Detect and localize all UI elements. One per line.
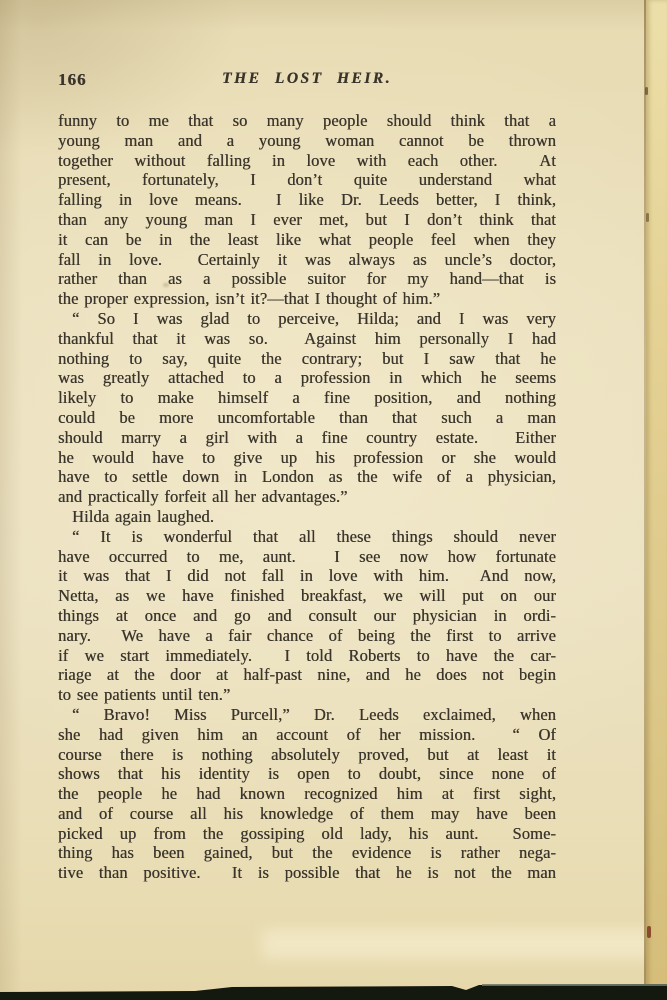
text-line: the people he had known recognized him a… [58, 784, 556, 804]
text-line: it can be in the least like what people … [58, 230, 556, 250]
text-line: to see patients until ten.” [58, 685, 556, 705]
text-line: shows that his identity is open to doubt… [58, 764, 556, 784]
text-line: was greatly attached to a profession in … [58, 368, 556, 388]
paper-light-streak [262, 929, 667, 959]
paper-speck [645, 87, 648, 95]
text-line: she had given him an account of her miss… [58, 725, 556, 745]
text-line: thankful that it was so. Against him per… [58, 329, 556, 349]
text-line: present, fortunately, I don’t quite unde… [58, 170, 556, 190]
paper-speck [647, 926, 651, 938]
text-line: he would have to give up his profession … [58, 448, 556, 468]
running-title: THE LOST HEIR. [58, 70, 556, 88]
text-line: “ Bravo! Miss Purcell,” Dr. Leeds exclai… [58, 705, 556, 725]
text-line: should marry a girl with a fine country … [58, 428, 556, 448]
text-line: if we start immediately. I told Roberts … [58, 646, 556, 666]
text-line: nothing to say, quite the contrary; but … [58, 349, 556, 369]
text-line: thing has been gained, but the evidence … [58, 843, 556, 863]
text-line: and of course all his knowledge of them … [58, 804, 556, 824]
text-line: things at once and go and consult our ph… [58, 606, 556, 626]
text-line: nary. We have a fair chance of being the… [58, 626, 556, 646]
page-edge-strip [646, 0, 667, 1000]
text-line: young man and a young woman cannot be th… [58, 131, 556, 151]
text-line: could be more uncomfortable than that su… [58, 408, 556, 428]
page-header: 166 THE LOST HEIR. [58, 70, 556, 92]
text-line: falling in love means. I like Dr. Leeds … [58, 190, 556, 210]
text-line: together without falling in love with ea… [58, 151, 556, 171]
text-line: likely to make himself a fine position, … [58, 388, 556, 408]
text-line: have to settle down in London as the wif… [58, 467, 556, 487]
text-line: Hilda again laughed. [58, 507, 556, 527]
book-cover-edge-highlight [482, 984, 667, 986]
text-line: Netta, as we have finished breakfast, we… [58, 586, 556, 606]
text-line: funny to me that so many people should t… [58, 111, 556, 131]
page-text: funny to me that so many people should t… [58, 111, 556, 883]
text-line: than any young man I ever met, but I don… [58, 210, 556, 230]
text-line: rather than as a possible suitor for my … [58, 269, 556, 289]
text-line: “ It is wonderful that all these things … [58, 527, 556, 547]
text-line: course there is nothing absolutely prove… [58, 745, 556, 765]
text-line: the proper expression, isn’t it?—that I … [58, 289, 556, 309]
paper-speck [646, 213, 649, 222]
text-line: picked up from the gossiping old lady, h… [58, 824, 556, 844]
text-line: tive than positive. It is possible that … [58, 863, 556, 883]
text-line: “ So I was glad to perceive, Hilda; and … [58, 309, 556, 329]
book-page-photo: 166 THE LOST HEIR. funny to me that so m… [0, 0, 667, 1000]
text-line: and practically forfeit all her advantag… [58, 487, 556, 507]
text-line: riage at the door at half-past nine, and… [58, 665, 556, 685]
text-line: have occurred to me, aunt. I see now how… [58, 547, 556, 567]
page-number: 166 [58, 70, 87, 90]
paper-speck [163, 283, 169, 287]
text-line: it was that I did not fall in love with … [58, 566, 556, 586]
text-line: fall in love. Certainly it was always as… [58, 250, 556, 270]
